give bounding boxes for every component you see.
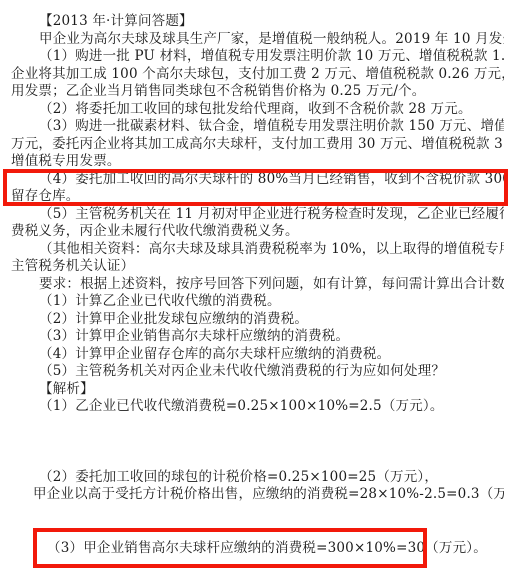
business-item-3-line: 万元，委托丙企业将其加工成高尔夫球杆，支付加工费用 30 万元、增值税税款 3.… xyxy=(11,136,504,154)
business-item-4-line: 留存仓库。 xyxy=(11,188,504,206)
analysis-header: 【解析】 xyxy=(11,381,504,399)
question-3-line: （3）计算甲企业销售高尔夫球杆应缴纳的消费税。 xyxy=(11,328,504,346)
other-info-line: 主管税务机关认证） xyxy=(11,258,504,276)
business-item-1-line: 用发票；乙企业当月销售同类球包不含税销售价格为 0.25 万元/个。 xyxy=(11,83,504,101)
question-title: 【2013 年·计算问答题】 xyxy=(11,13,504,31)
requirements-line: 要求：根据上述资料，按序号回答下列问题，如有计算，每问需计算出合计数。 xyxy=(11,276,504,294)
question-5-line: （5）主管税务机关对丙企业未代收代缴消费税的行为应如何处理？ xyxy=(11,363,504,381)
business-item-3-line: （3）购进一批碳素材料、钛合金，增值税专用发票注明价款 150 万元、增值税税款… xyxy=(11,118,504,136)
intro-line: 甲企业为高尔夫球及球具生产厂家，是增值税一般纳税人。2019 年 10 月发生以… xyxy=(11,31,504,49)
answer-1-line: （1）乙企业已代收代缴消费税=0.25×100×10%=2.5（万元）。 xyxy=(11,398,504,416)
question-1-line: （1）计算乙企业已代收代缴的消费税。 xyxy=(11,293,504,311)
business-item-3-line: 增值税专用发票。 xyxy=(11,153,504,171)
blank-gap xyxy=(11,504,504,540)
other-info-line: （其他相关资料：高尔夫球及球具消费税税率为 10%，以上取得的增值税专用发票均已… xyxy=(11,241,504,259)
answer-2-line: （2）委托加工收回的球包的计税价格=0.25×100=25（万元）， xyxy=(11,469,504,487)
business-item-5-line: 费税义务，丙企业未履行代收代缴消费税义务。 xyxy=(11,223,504,241)
business-item-2-line: （2）将委托加工收回的球包批发给代理商，收到不含税价款 28 万元。 xyxy=(11,101,504,119)
document-page: 【2013 年·计算问答题】 甲企业为高尔夫球及球具生产厂家，是增值税一般纳税人… xyxy=(0,0,513,578)
business-item-4-line: （4）委托加工收回的高尔夫球杆的 80%当月已经销售，收到不含税价款 300 万… xyxy=(11,171,504,189)
business-item-5-line: （5）主管税务机关在 11 月初对甲企业进行税务检查时发现，乙企业已经履行了代收… xyxy=(11,206,504,224)
question-2-line: （2）计算甲企业批发球包应缴纳的消费税。 xyxy=(11,311,504,329)
answer-3-line: （3）甲企业销售高尔夫球杆应缴纳的消费税=300×10%=30（万元）。 xyxy=(11,540,504,558)
question-4-line: （4）计算甲企业留存仓库的高尔夫球杆应缴纳的消费税。 xyxy=(11,346,504,364)
business-item-1-line: 企业将其加工成 100 个高尔夫球包，支付加工费 2 万元、增值税税款 0.26… xyxy=(11,66,504,84)
answer-2-line: 甲企业以高于受托方计税价格出售，应缴纳的消费税=28×10%-2.5=0.3（万… xyxy=(11,486,504,504)
document-text-column: 【2013 年·计算问答题】 甲企业为高尔夫球及球具生产厂家，是增值税一般纳税人… xyxy=(11,13,504,557)
blank-gap xyxy=(11,416,504,469)
business-item-1-line: （1）购进一批 PU 材料，增值税专用发票注明价款 10 万元、增值税税款 1.… xyxy=(11,48,504,66)
